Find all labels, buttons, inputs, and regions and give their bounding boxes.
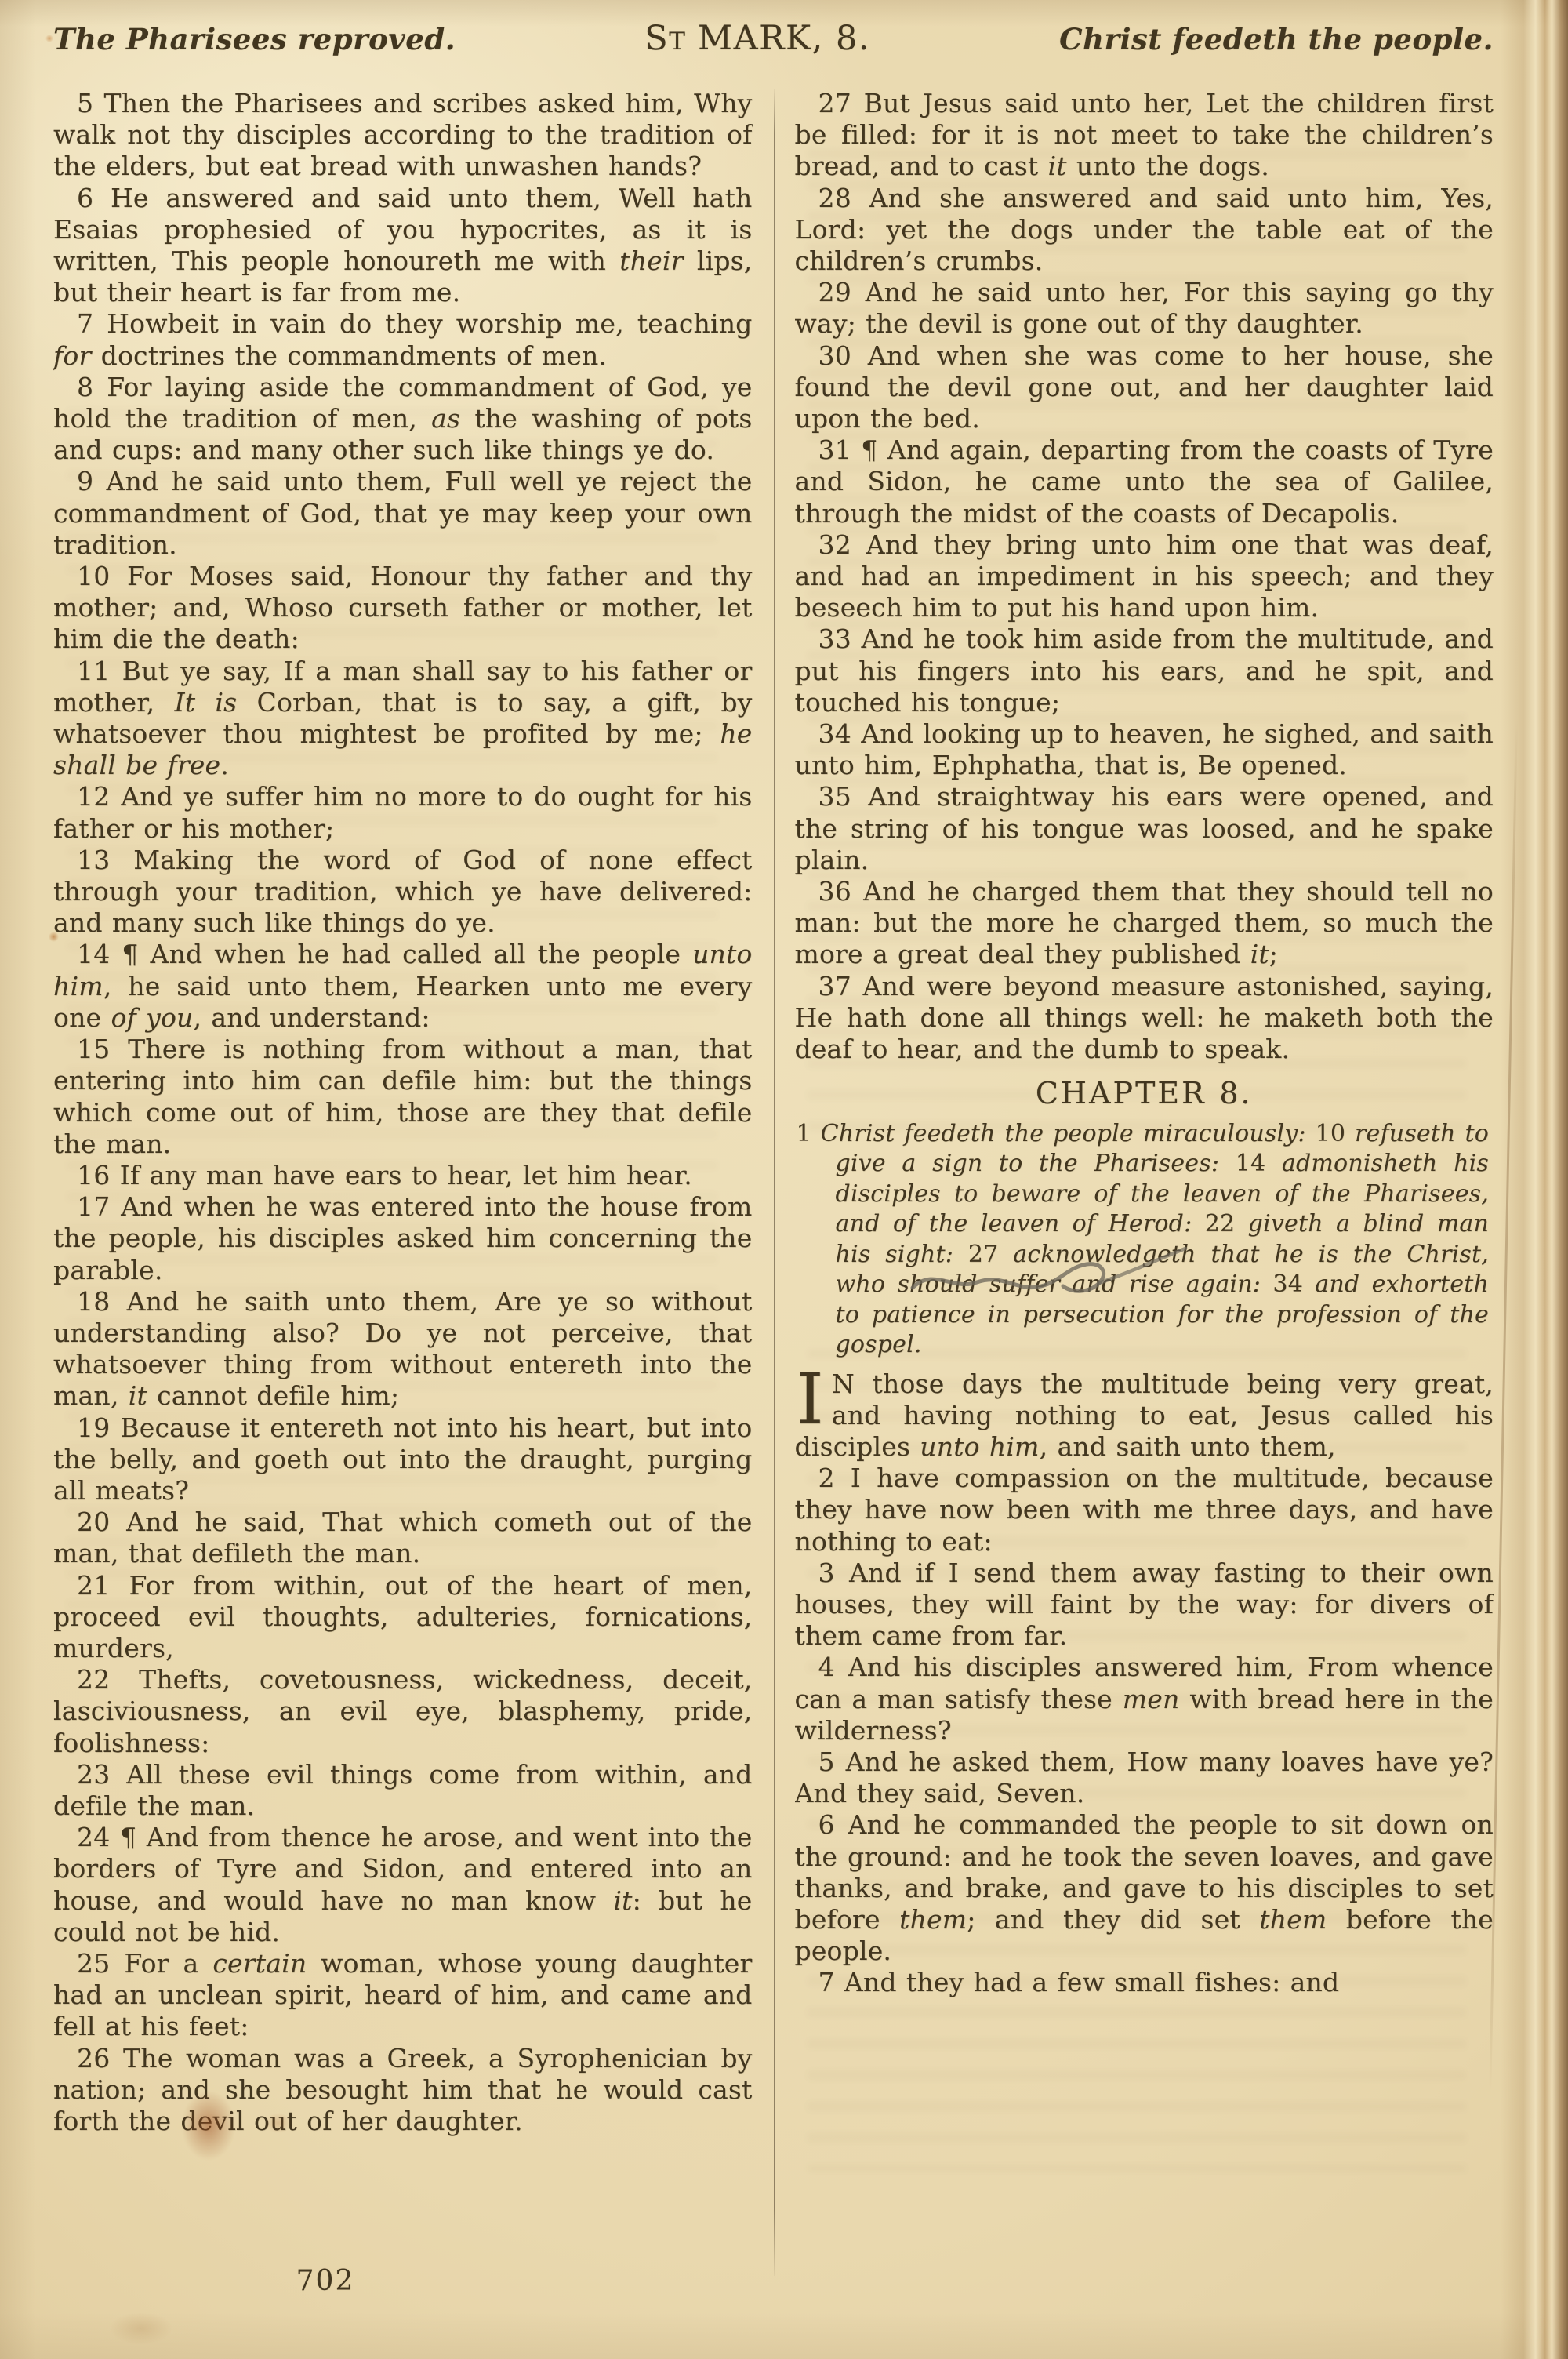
verse-number: 10	[77, 561, 110, 591]
verse-number: 33	[818, 623, 851, 654]
verse: 31 ¶ And again, departing from the coast…	[795, 434, 1494, 529]
book-title-small-cap: T	[669, 27, 686, 56]
verse: 29 And he said unto her, For this saying…	[795, 277, 1494, 340]
verse-number: 7	[818, 1967, 835, 1997]
verse: 11 But ye say, If a man shall say to his…	[53, 656, 753, 782]
verse: 9 And he said unto them, Full well ye re…	[53, 466, 753, 561]
verse: 24 ¶ And from thence he arose, and went …	[53, 1822, 753, 1948]
verse: 22 Thefts, covetousness, wickedness, dec…	[53, 1664, 753, 1759]
verse-number: 5	[77, 88, 93, 118]
verse-number: 25	[77, 1948, 110, 1979]
verse-number: 6	[818, 1809, 835, 1840]
verse: 32 And they bring unto him one that was …	[795, 529, 1494, 624]
verse: 15 There is nothing from without a man, …	[53, 1034, 753, 1160]
running-head-center: ST MARK, 8.	[644, 19, 870, 58]
verse: 6 He answered and said unto them, Well h…	[53, 183, 753, 309]
verse: 27 But Jesus said unto her, Let the chil…	[795, 88, 1494, 183]
bible-page: The Pharisees reproved. ST MARK, 8. Chri…	[0, 0, 1568, 2359]
right-column: 27 But Jesus said unto her, Let the chil…	[795, 88, 1494, 2299]
verse-number: 29	[818, 277, 851, 307]
verse: 13 Making the word of God of none effect…	[53, 845, 753, 940]
scripture-text: 5 Then the Pharisees and scribes asked h…	[53, 88, 1494, 2299]
chapter-7-continued: 27 But Jesus said unto her, Let the chil…	[795, 88, 1494, 1065]
verse: 10 For Moses said, Honour thy father and…	[53, 561, 753, 656]
verse: 6 And he commanded the people to sit dow…	[795, 1809, 1494, 1967]
verse-number: 31 ¶	[818, 434, 878, 465]
chapter-heading: CHAPTER 8.	[795, 1078, 1494, 1109]
verse-number: 20	[77, 1507, 110, 1537]
verse: 4 And his disciples answered him, From w…	[795, 1652, 1494, 1747]
verse: 7 Howbeit in vain do they worship me, te…	[53, 308, 753, 371]
chapter-8-verses: IN those days the multitude being very g…	[795, 1369, 1494, 1999]
verse: 12 And ye suffer him no more to do ought…	[53, 781, 753, 844]
verse: 33 And he took him aside from the multit…	[795, 623, 1494, 718]
chapter-summary: 1 Christ feedeth the people miraculously…	[797, 1119, 1490, 1361]
verse-number: 32	[818, 529, 851, 560]
verse-number: 18	[77, 1286, 110, 1317]
page-edge-shading	[1501, 0, 1568, 2359]
verse-number: 15	[77, 1034, 110, 1064]
verse: 20 And he said, That which cometh out of…	[53, 1507, 753, 1569]
bottom-smudge	[110, 2312, 172, 2345]
verse: 34 And looking up to heaven, he sighed, …	[795, 718, 1494, 781]
verse-number: 22	[77, 1664, 110, 1695]
verse: 17 And when he was entered into the hous…	[53, 1191, 753, 1286]
verse-number: 7	[77, 308, 93, 339]
book-title-initial: S	[644, 19, 669, 58]
column-divider	[774, 89, 775, 2276]
verse-number: 21	[77, 1570, 110, 1601]
corner-speck	[45, 35, 53, 42]
verse: 25 For a certain woman, whose young daug…	[53, 1948, 753, 2043]
verse-number: 11	[77, 656, 110, 686]
verse-number: 17	[77, 1191, 110, 1222]
verse-number: 30	[818, 340, 851, 371]
verse: 19 Because it entereth not into his hear…	[53, 1412, 753, 1507]
verse: 30 And when she was come to her house, s…	[795, 340, 1494, 435]
page-number: 702	[235, 2265, 416, 2297]
verse: 2 I have compassion on the multitude, be…	[795, 1463, 1494, 1558]
verse-number: 19	[77, 1412, 110, 1443]
verse-number: 8	[77, 372, 93, 402]
left-column: 5 Then the Pharisees and scribes asked h…	[53, 88, 753, 2299]
verse-number: 14 ¶	[77, 939, 139, 969]
verse-number: 16	[77, 1160, 110, 1190]
verse-number: 2	[818, 1463, 835, 1493]
verse: 26 The woman was a Greek, a Syrophenicia…	[53, 2043, 753, 2138]
verse: 16 If any man have ears to hear, let him…	[53, 1160, 753, 1191]
verse-number: 36	[818, 876, 851, 907]
book-title-rest: MARK, 8.	[686, 19, 870, 58]
verse: 5 Then the Pharisees and scribes asked h…	[53, 88, 753, 183]
drop-cap: I	[795, 1369, 832, 1427]
verse-number: 6	[77, 183, 93, 213]
running-head: The Pharisees reproved. ST MARK, 8. Chri…	[53, 19, 1494, 58]
verse: 8 For laying aside the commandment of Go…	[53, 372, 753, 467]
verse-number: 9	[77, 466, 93, 496]
verse-number: 27	[818, 88, 851, 118]
verse: 21 For from within, out of the heart of …	[53, 1570, 753, 1665]
verse-number: 34	[818, 718, 851, 749]
verse-number: 3	[818, 1558, 835, 1588]
running-head-left: The Pharisees reproved.	[53, 22, 456, 56]
verse-number: 4	[818, 1652, 835, 1682]
verse: 36 And he charged them that they should …	[795, 876, 1494, 971]
verse-number: 37	[818, 971, 851, 1001]
verse: 18 And he saith unto them, Are ye so wit…	[53, 1286, 753, 1412]
verse: 28 And she answered and said unto him, Y…	[795, 183, 1494, 278]
verse: 37 And were beyond measure astonished, s…	[795, 971, 1494, 1066]
running-head-right: Christ feedeth the people.	[1059, 22, 1494, 56]
verse: 35 And straightway his ears were opened,…	[795, 781, 1494, 876]
verse: 3 And if I send them away fasting to the…	[795, 1558, 1494, 1652]
verse: IN those days the multitude being very g…	[795, 1369, 1494, 1463]
verse-number: 23	[77, 1759, 110, 1790]
verse-number: 35	[818, 781, 851, 812]
verse: 7 And they had a few small fishes: and	[795, 1967, 1494, 1998]
verse: 5 And he asked them, How many loaves hav…	[795, 1747, 1494, 1809]
verse-number: 28	[818, 183, 851, 213]
verse-number: 26	[77, 2043, 110, 2074]
verse: 14 ¶ And when he had called all the peop…	[53, 939, 753, 1034]
verse-number: 5	[818, 1747, 835, 1777]
verse-number: 12	[77, 781, 110, 812]
verse-number: 24 ¶	[77, 1822, 136, 1852]
verse: 23 All these evil things come from withi…	[53, 1759, 753, 1822]
verse-number: 13	[77, 845, 110, 875]
